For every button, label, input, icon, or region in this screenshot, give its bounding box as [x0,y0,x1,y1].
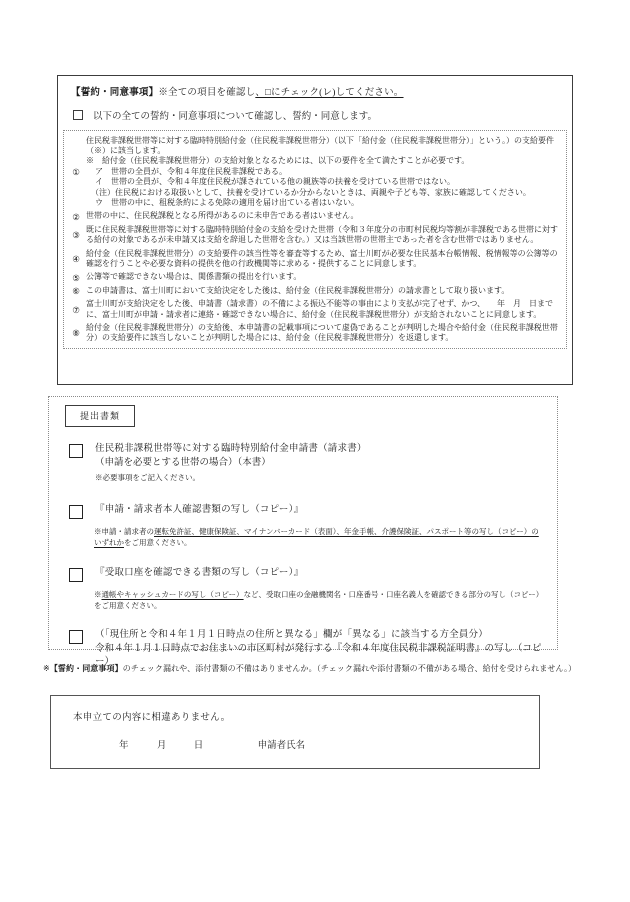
pledge-item-2: ② 世帯の中に、住民税課税となる所得があるのに未申告である者はいません。 [66,210,564,223]
pledge-line: （注）住民税における取扱いとして、扶養を受けているか分からないときは、両親や子ど… [86,188,560,198]
documents-section-label: 提出書類 [65,405,135,427]
document-checkbox[interactable] [69,568,83,582]
pledge-item-text: 既に住民税非課税世帯等に対する臨時特別給付金の支給を受けた世帯（令和３年度分の市… [86,225,564,246]
note-prefix: ※ [94,590,102,599]
pledge-item-number: ① [66,167,86,177]
document-checkbox[interactable] [69,505,83,519]
warning-note: ※【誓約・同意事項】のチェック漏れや、添付書類の不備はありませんか。（チェック漏… [43,663,576,674]
applicant-name-label: 申請者氏名 [258,741,306,751]
document-checkbox[interactable] [69,444,83,458]
pledge-line: 住民税非課税世帯等に対する臨時特別給付金（住民税非課税世帯分）（以下「給付金（住… [86,136,560,157]
warning-prefix: ※ [43,664,50,673]
document-small-note: ※必要事項をご記入ください。 [95,472,545,483]
pledge-item-5: ⑤ 公簿等で確認できない場合は、関係書類の提出を行います。 [66,271,564,284]
pledge-item-4: ④ 給付金（住民税非課税世帯分）の支給要件の該当性等を審査等するため、富士川町が… [66,247,564,271]
document-checkbox[interactable] [69,630,83,644]
pledge-section: 【誓約・同意事項】※全ての項目を確認し、□にチェック(レ)してください。 以下の… [57,75,573,385]
warning-rest: のチェック漏れや、添付書類の不備はありませんか。（チェック漏れや添付書類の不備が… [123,664,577,673]
declaration-box: 本申立ての内容に相違ありません。 年 月 日 申請者氏名 [50,695,540,769]
document-title: 住民税非課税世帯等に対する臨時特別給付金申請書（請求書） [95,443,545,456]
declaration-date-line: 年 月 日 申請者氏名 [51,737,539,751]
date-day-label: 日 [194,741,204,751]
date-year-label: 年 [119,741,129,751]
document-subtitle: （申請を必要とする世帯の場合）（本書） [95,457,545,470]
pledge-heading: 【誓約・同意事項】※全ての項目を確認し、□にチェック(レ)してください。 [71,84,560,98]
pledge-item-list: ① 住民税非課税世帯等に対する臨時特別給付金（住民税非課税世帯分）（以下「給付金… [63,130,567,349]
document-text: 『申請・請求者本人確認書類の写し（コピー）』 [95,504,545,519]
pledge-item-text: 公簿等で確認できない場合は、関係書類の提出を行います。 [86,272,564,282]
note-suffix: をご用意ください。 [124,538,192,547]
pledge-heading-rest: ※全ての項目を確認し [158,88,255,98]
pledge-item-8: ⑧ 給付金（住民税非課税世帯分）の支給後、本申請書の記載事項について虚偽であるこ… [66,322,564,346]
pledge-item-number: ⑦ [66,305,86,315]
document-title: （「現住所と令和４年１月１日時点の住所と異なる」欄が「異なる」に該当する方全員分… [95,629,545,642]
document-note-bank-account: ※通帳やキャッシュカードの写し（コピー）など、受取口座の金融機関名・口座番号・口… [94,590,541,611]
document-item-bank-account: 『受取口座を確認できる書類の写し（コピー）』 [69,567,545,582]
agree-label: 以下の全ての誓約・同意事項について確認し、誓約・同意します。 [93,108,377,122]
pledge-item-text: 富士川町が支給決定をした後、申請書（請求書）の不備による振込不能等の事由により支… [86,299,564,320]
document-item-application: 住民税非課税世帯等に対する臨時特別給付金申請書（請求書） （申請を必要とする世帯… [69,443,545,483]
pledge-heading-title: 【誓約・同意事項】 [71,88,158,98]
documents-section: 提出書類 住民税非課税世帯等に対する臨時特別給付金申請書（請求書） （申請を必要… [48,396,558,650]
note-prefix: ※申請・請求者の [94,527,154,536]
agree-row: 以下の全ての誓約・同意事項について確認し、誓約・同意します。 [73,108,560,122]
declaration-statement: 本申立ての内容に相違ありません。 [73,709,539,723]
pledge-item-text: 給付金（住民税非課税世帯分）の支給後、本申請書の記載事項について虚偽であることが… [86,323,564,344]
document-item-identity: 『申請・請求者本人確認書類の写し（コピー）』 [69,504,545,519]
agree-checkbox[interactable] [73,110,83,120]
pledge-item-number: ⑧ [66,328,86,338]
pledge-item-1: ① 住民税非課税世帯等に対する臨時特別給付金（住民税非課税世帯分）（以下「給付金… [66,134,564,210]
document-title: 『申請・請求者本人確認書類の写し（コピー）』 [95,504,545,517]
pledge-item-text: 世帯の中に、住民税課税となる所得があるのに未申告である者はいません。 [86,211,564,221]
pledge-heading-underlined: 、□にチェック(レ)してください。 [255,88,403,98]
warning-title: 【誓約・同意事項】 [50,664,123,673]
pledge-item-number: ② [66,212,86,222]
document-note-identity: ※申請・請求者の運転免許証、健康保険証、マイナンバーカード（表面）、年金手帳、介… [94,527,541,548]
pledge-item-7: ⑦ 富士川町が支給決定をした後、申請書（請求書）の不備による振込不能等の事由によ… [66,298,564,322]
document-text: 『受取口座を確認できる書類の写し（コピー）』 [95,567,545,582]
document-title: 『受取口座を確認できる書類の写し（コピー）』 [95,567,545,580]
pledge-line: ア 世帯の全員が、令和４年度住民税非課税である。 [86,167,560,177]
pledge-item-text: 給付金（住民税非課税世帯分）の支給要件の該当性等を審査等するため、富士川町が必要… [86,249,564,270]
pledge-line: ウ 世帯の中に、租税条約による免除の適用を届け出ている者はいない。 [86,198,560,208]
pledge-item-number: ⑤ [66,273,86,283]
pledge-item-text: この申請書は、富士川町において支給決定をした後は、給付金（住民税非課税世帯分）の… [86,286,564,296]
pledge-item-3: ③ 既に住民税非課税世帯等に対する臨時特別給付金の支給を受けた世帯（令和３年度分… [66,223,564,247]
pledge-item-number: ④ [66,254,86,264]
document-text: 住民税非課税世帯等に対する臨時特別給付金申請書（請求書） （申請を必要とする世帯… [95,443,545,483]
pledge-item-text: 住民税非課税世帯等に対する臨時特別給付金（住民税非課税世帯分）（以下「給付金（住… [86,136,564,209]
note-underlined: 通帳やキャッシュカードの写し（コピー） [102,590,244,599]
pledge-line: ※ 給付金（住民税非課税世帯分）の支給対象となるためには、以下の要件を全て満たす… [86,156,560,166]
date-month-label: 月 [157,741,167,751]
pledge-item-number: ③ [66,230,86,240]
pledge-item-number: ⑥ [66,286,86,296]
pledge-item-6: ⑥ この申請書は、富士川町において支給決定をした後は、給付金（住民税非課税世帯分… [66,284,564,297]
pledge-line: イ 世帯の全員が、令和４年度住民税が課されている他の親族等の扶養を受けている世帯… [86,177,560,187]
